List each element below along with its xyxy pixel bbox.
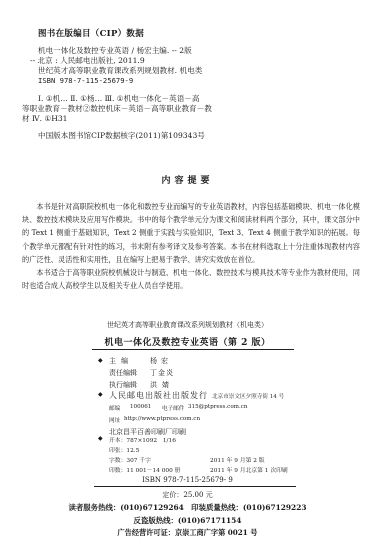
postcode: 100061 (130, 404, 151, 410)
divider-bottom (94, 486, 296, 487)
printed-sheets: 印张：12.5 (109, 445, 139, 454)
reader-service-hotline: 读者服务热线：(010)67129264 印装质量热线：(010)6712922… (0, 502, 375, 513)
word-count: 字数：307 千字 (109, 455, 151, 464)
edition: 2011 年 9 月第 2 版 (210, 455, 265, 464)
cip-record-number: 中国版本图书馆CIP数据核字(2011)第109343号 (38, 131, 205, 141)
summary-paragraph: 本书是针对高职院校机电一体化和数控专业而编写的专业英语教材，内容包括基础模块、机… (22, 200, 360, 266)
website-label: 网址 (109, 416, 120, 424)
summary-paragraph: 本书适合于高等职业院校机械设计与制造、机电一体化、数控技术与模具技术等专业作为教… (22, 266, 360, 292)
cip-isbn-line: ISBN 978-7-115-25679-9 (38, 76, 133, 86)
printing: 2011 年 9 月北京第 1 次印刷 (210, 465, 288, 474)
book-title: 机电一体化及数控专业英语（第 2 版） (0, 335, 375, 348)
editor-name: 杨宏 (150, 356, 172, 366)
advertising-license: 广告经营许可证：京崇工商广字第 0021 号 (0, 528, 375, 538)
postcode-label: 邮编 (109, 404, 120, 412)
editor-label: 主编 (109, 356, 133, 366)
website: http://www.ptpress.com.cn (124, 416, 200, 422)
print-copies: 印数：11 001－14 000 册 (109, 465, 180, 474)
cip-title-line: 机电一体化及数控专业英语 / 杨宏主编. -- 2版 (38, 46, 192, 56)
email-label: 电子邮件 (162, 404, 184, 412)
cip-classification-line-2: 等职业教育－教材②数控机床－英语－高等职业教育－教 (22, 104, 212, 114)
isbn: ISBN 978-7-115-25679- 9 (0, 476, 375, 484)
cip-publisher-line: -- 北京 : 人民邮电出版社, 2011.9 (30, 56, 145, 66)
summary-title: 内容提要 (0, 173, 375, 186)
executive-editor-label: 执行编辑 (109, 380, 137, 390)
executive-editor-name: 洪婧 (150, 380, 174, 390)
cip-classification-line-1: Ⅰ. ①机… Ⅱ. ①杨… Ⅲ. ①机电一体化－英语－高 (38, 94, 200, 104)
responsible-editor-name: 丁金炎 (150, 368, 174, 378)
divider-top (92, 349, 294, 350)
cip-heading: 图书在版编目（CIP）数据 (38, 27, 144, 39)
responsible-editor-label: 责任编辑 (109, 368, 137, 378)
price: 定价：25.00 元 (0, 490, 375, 500)
format: 开本：787×1092 1/16 (109, 435, 176, 444)
publisher-address: 北京市崇文区夕照寺街 14 号 (212, 392, 284, 400)
publisher: 人民邮电出版社出版发行 (109, 390, 208, 401)
bullet-icon: ◆ (98, 357, 103, 364)
summary-body: 本书是针对高职院校机电一体化和数控专业而编写的专业英语教材，内容包括基础模块、机… (22, 200, 360, 292)
cip-classification-line-3: 材 Ⅳ. ①H31 (22, 114, 68, 124)
anti-piracy-hotline: 反盗版热线：(010)67171154 (0, 515, 375, 526)
bullet-icon: ◆ (98, 391, 103, 398)
series-name: 世纪英才高等职业教育课改系列规划教材（机电类） (0, 320, 375, 330)
bullet-icon: ◆ (98, 435, 103, 442)
cip-series-line: 世纪英才高等职业教育课改系列规划教材. 机电类 (38, 66, 202, 76)
email: 315@ptpress.com.cn (188, 404, 248, 410)
